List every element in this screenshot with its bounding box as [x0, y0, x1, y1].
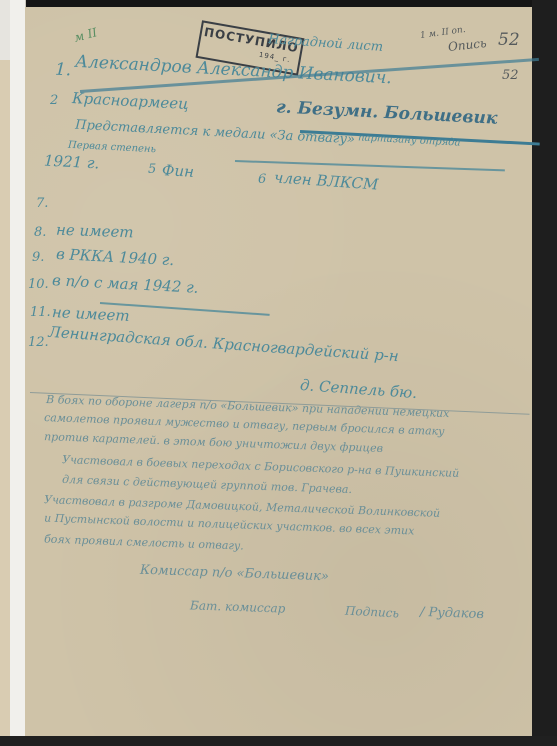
- item-10-number: 10.: [28, 277, 49, 292]
- binder-edge-paper: [0, 60, 10, 746]
- scanner-right-edge: [532, 0, 557, 746]
- item-6-number: 6: [258, 172, 266, 187]
- page-number: 52: [498, 30, 520, 50]
- item-1-number: 1.: [54, 60, 71, 81]
- item-12-number: 12.: [28, 335, 49, 350]
- page-number-secondary: 52: [502, 68, 519, 83]
- signature-name: / Рудаков: [420, 605, 484, 622]
- binder-spine: [10, 0, 26, 746]
- item-5-number: 5: [148, 162, 156, 177]
- item-9-number: 9.: [32, 250, 44, 265]
- item-2-number: 2: [50, 93, 58, 108]
- item-7-number: 7.: [36, 196, 48, 211]
- item-8-number: 8.: [34, 225, 46, 240]
- signature-scrawl: Подпись: [345, 604, 400, 621]
- scanner-bottom-edge: [0, 736, 557, 746]
- item-8-wounds: не имеет: [56, 221, 134, 242]
- scanned-document: м II ПОСТУПИЛО 194_ г. Наградной лист 1 …: [0, 0, 557, 746]
- item-11-number: 11.: [30, 305, 51, 320]
- item-4-birth-year: 1921 г.: [44, 152, 100, 173]
- item-5-nationality: Фин: [162, 161, 195, 181]
